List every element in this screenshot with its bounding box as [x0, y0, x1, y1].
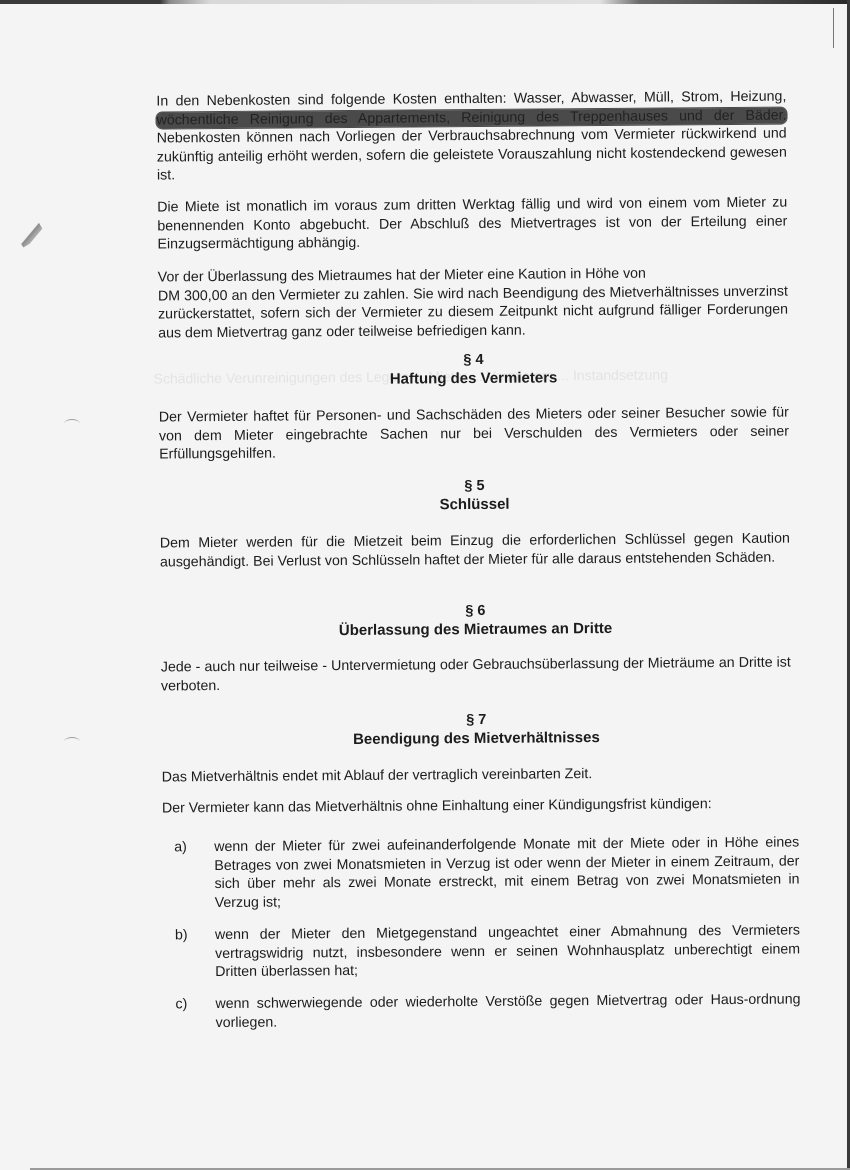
paragraph-nebenkosten: In den Nebenkosten sind folgende Kosten … — [156, 88, 787, 185]
section-body: Dem Mieter werden für die Mietzeit beim … — [160, 530, 790, 572]
list-item-label: a) — [174, 838, 204, 857]
highlighted-text: wöchentliche Reinigung des Appartements,… — [156, 107, 786, 128]
section-body: Jede - auch nur teilweise - Untervermiet… — [161, 654, 791, 696]
paragraph-text: In den Nebenkosten sind folgende Kosten … — [156, 89, 786, 110]
list-item: a) wenn der Mieter für zwei aufeinanderf… — [174, 833, 800, 912]
paragraph-text: DM 300,00 an den Vermieter zu zahlen. Si… — [158, 282, 788, 342]
section-title: Haftung des Vermieters — [159, 368, 789, 390]
section-body: Der Vermieter haftet für Personen- und S… — [159, 404, 789, 464]
list-item: c) wenn schwerwiegende oder wiederholte … — [175, 990, 800, 1032]
list-item-text: wenn der Mieter für zwei aufeinanderfolg… — [214, 833, 800, 912]
list-item-label: c) — [175, 995, 205, 1014]
section-body: Der Vermieter kann das Mietverhältnis oh… — [162, 795, 792, 818]
paragraph-kaution: Vor der Überlassung des Mietraumes hat d… — [158, 264, 789, 343]
paragraph-miete: Die Miete ist monatlich im voraus zum dr… — [157, 194, 787, 254]
section-title: Schlüssel — [160, 494, 790, 516]
list-item: b) wenn der Mieter den Mietgegenstand un… — [175, 921, 800, 981]
section-title: Beendigung des Mietverhältnisses — [161, 728, 791, 750]
paragraph-text: Nebenkosten können nach Vorliegen der Ve… — [157, 126, 787, 184]
section-title: Überlassung des Mietraumes an Dritte — [160, 619, 790, 641]
section-body: Das Mietverhältnis endet mit Ablauf der … — [162, 764, 792, 787]
list-item-text: wenn schwerwiegende oder wiederholte Ver… — [215, 990, 800, 1032]
list-item-text: wenn der Mieter den Mietgegenstand ungea… — [215, 921, 800, 981]
list-item-label: b) — [175, 926, 205, 945]
document-page: In den Nebenkosten sind folgende Kosten … — [0, 0, 850, 1170]
